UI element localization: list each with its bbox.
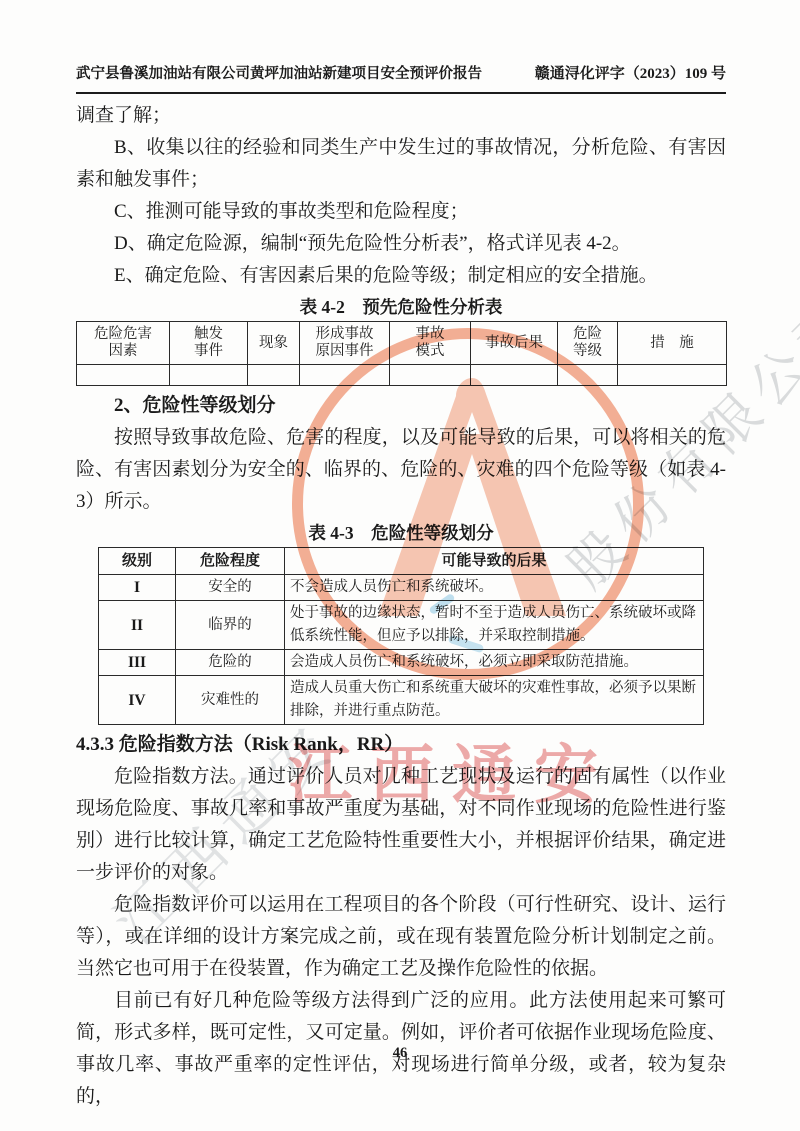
- column-header: 现象: [248, 322, 300, 365]
- consequence-cell: 处于事故的边缘状态，暂时不至于造成人员伤亡、系统破坏或降低系统性能，但应予以排除…: [285, 601, 704, 650]
- table-4-3: 级别 危险程度 可能导致的后果 I 安全的 不会造成人员伤亡和系统破坏。 II …: [98, 547, 704, 725]
- empty-cell: [300, 365, 390, 386]
- consequence-cell: 不会造成人员伤亡和系统破坏。: [285, 575, 704, 601]
- paragraph-item-d: D、确定危险源，编制“预先危险性分析表”，格式详见表 4-2。: [76, 228, 726, 260]
- table-4-2-title: 表 4-2 预先危险性分析表: [76, 294, 726, 320]
- column-header: 事故 模式: [390, 322, 471, 365]
- paragraph-risk-index-1: 危险指数方法。通过评价人员对几种工艺现状及运行的固有属性（以作业现场危险度、事故…: [76, 761, 726, 889]
- empty-cell: [558, 365, 618, 386]
- table-4-3-title: 表 4-3 危险性等级划分: [76, 520, 726, 546]
- table-4-3-header-row: 级别 危险程度 可能导致的后果: [99, 548, 704, 575]
- degree-cell: 安全的: [176, 575, 285, 601]
- paragraph-risk-index-2: 危险指数评价可以运用在工程项目的各个阶段（可行性研究、设计、运行等），或在详细的…: [76, 889, 726, 985]
- column-header: 危险危害 因素: [77, 322, 170, 365]
- section-2-heading: 2、危险性等级划分: [76, 390, 726, 422]
- paragraph-continuation: 调查了解；: [76, 100, 726, 132]
- consequence-cell: 会造成人员伤亡和系统破坏，必须立即采取防范措施。: [285, 650, 704, 676]
- empty-cell: [471, 365, 558, 386]
- column-header: 措 施: [618, 322, 727, 365]
- header-right-doc-number: 赣通浔化评字（2023）109 号: [535, 62, 726, 83]
- section-4-3-3-heading: 4.3.3 危险指数方法（Risk Rank，RR）: [76, 729, 726, 761]
- degree-cell: 临界的: [176, 601, 285, 650]
- table-row: III 危险的 会造成人员伤亡和系统破坏，必须立即采取防范措施。: [99, 650, 704, 676]
- column-header: 危险 等级: [558, 322, 618, 365]
- paragraph-item-c: C、推测可能导致的事故类型和危险程度；: [76, 196, 726, 228]
- level-cell: II: [99, 601, 176, 650]
- paragraph-item-b: B、收集以往的经验和同类生产中发生过的事故情况，分析危险、有害因素和触发事件；: [76, 132, 726, 196]
- column-header: 危险程度: [176, 548, 285, 575]
- empty-cell: [77, 365, 170, 386]
- empty-cell: [618, 365, 727, 386]
- paragraph-item-e: E、确定危险、有害因素后果的危险等级；制定相应的安全措施。: [76, 260, 726, 292]
- level-cell: I: [99, 575, 176, 601]
- table-row: II 临界的 处于事故的边缘状态，暂时不至于造成人员伤亡、系统破坏或降低系统性能…: [99, 601, 704, 650]
- page-number: 46: [0, 1045, 800, 1062]
- table-4-2-empty-row: [77, 365, 727, 386]
- table-4-2: 危险危害 因素 触发 事件 现象 形成事故 原因事件 事故 模式 事故后果 危险…: [76, 321, 727, 386]
- column-header: 级别: [99, 548, 176, 575]
- table-4-2-header-row: 危险危害 因素 触发 事件 现象 形成事故 原因事件 事故 模式 事故后果 危险…: [77, 322, 727, 365]
- table-row: IV 灾难性的 造成人员重大伤亡和系统重大破坏的灾难性事故，必须予以果断排除，并…: [99, 676, 704, 725]
- paragraph-grade-division: 按照导致事故危险、危害的程度，以及可能导致的后果，可以将相关的危险、有害因素划分…: [76, 422, 726, 518]
- level-cell: III: [99, 650, 176, 676]
- header-left-title: 武宁县鲁溪加油站有限公司黄坪加油站新建项目安全预评价报告: [76, 62, 482, 83]
- empty-cell: [390, 365, 471, 386]
- column-header: 形成事故 原因事件: [300, 322, 390, 365]
- column-header: 事故后果: [471, 322, 558, 365]
- empty-cell: [170, 365, 248, 386]
- document-page: 武宁县鲁溪加油站有限公司黄坪加油站新建项目安全预评价报告 赣通浔化评字（2023…: [0, 0, 800, 1131]
- table-row: I 安全的 不会造成人员伤亡和系统破坏。: [99, 575, 704, 601]
- level-cell: IV: [99, 676, 176, 725]
- document-body: 调查了解； B、收集以往的经验和同类生产中发生过的事故情况，分析危险、有害因素和…: [76, 100, 726, 1113]
- degree-cell: 灾难性的: [176, 676, 285, 725]
- degree-cell: 危险的: [176, 650, 285, 676]
- page-header: 武宁县鲁溪加油站有限公司黄坪加油站新建项目安全预评价报告 赣通浔化评字（2023…: [76, 62, 726, 94]
- column-header: 可能导致的后果: [285, 548, 704, 575]
- consequence-cell: 造成人员重大伤亡和系统重大破坏的灾难性事故，必须予以果断排除，并进行重点防范。: [285, 676, 704, 725]
- column-header: 触发 事件: [170, 322, 248, 365]
- empty-cell: [248, 365, 300, 386]
